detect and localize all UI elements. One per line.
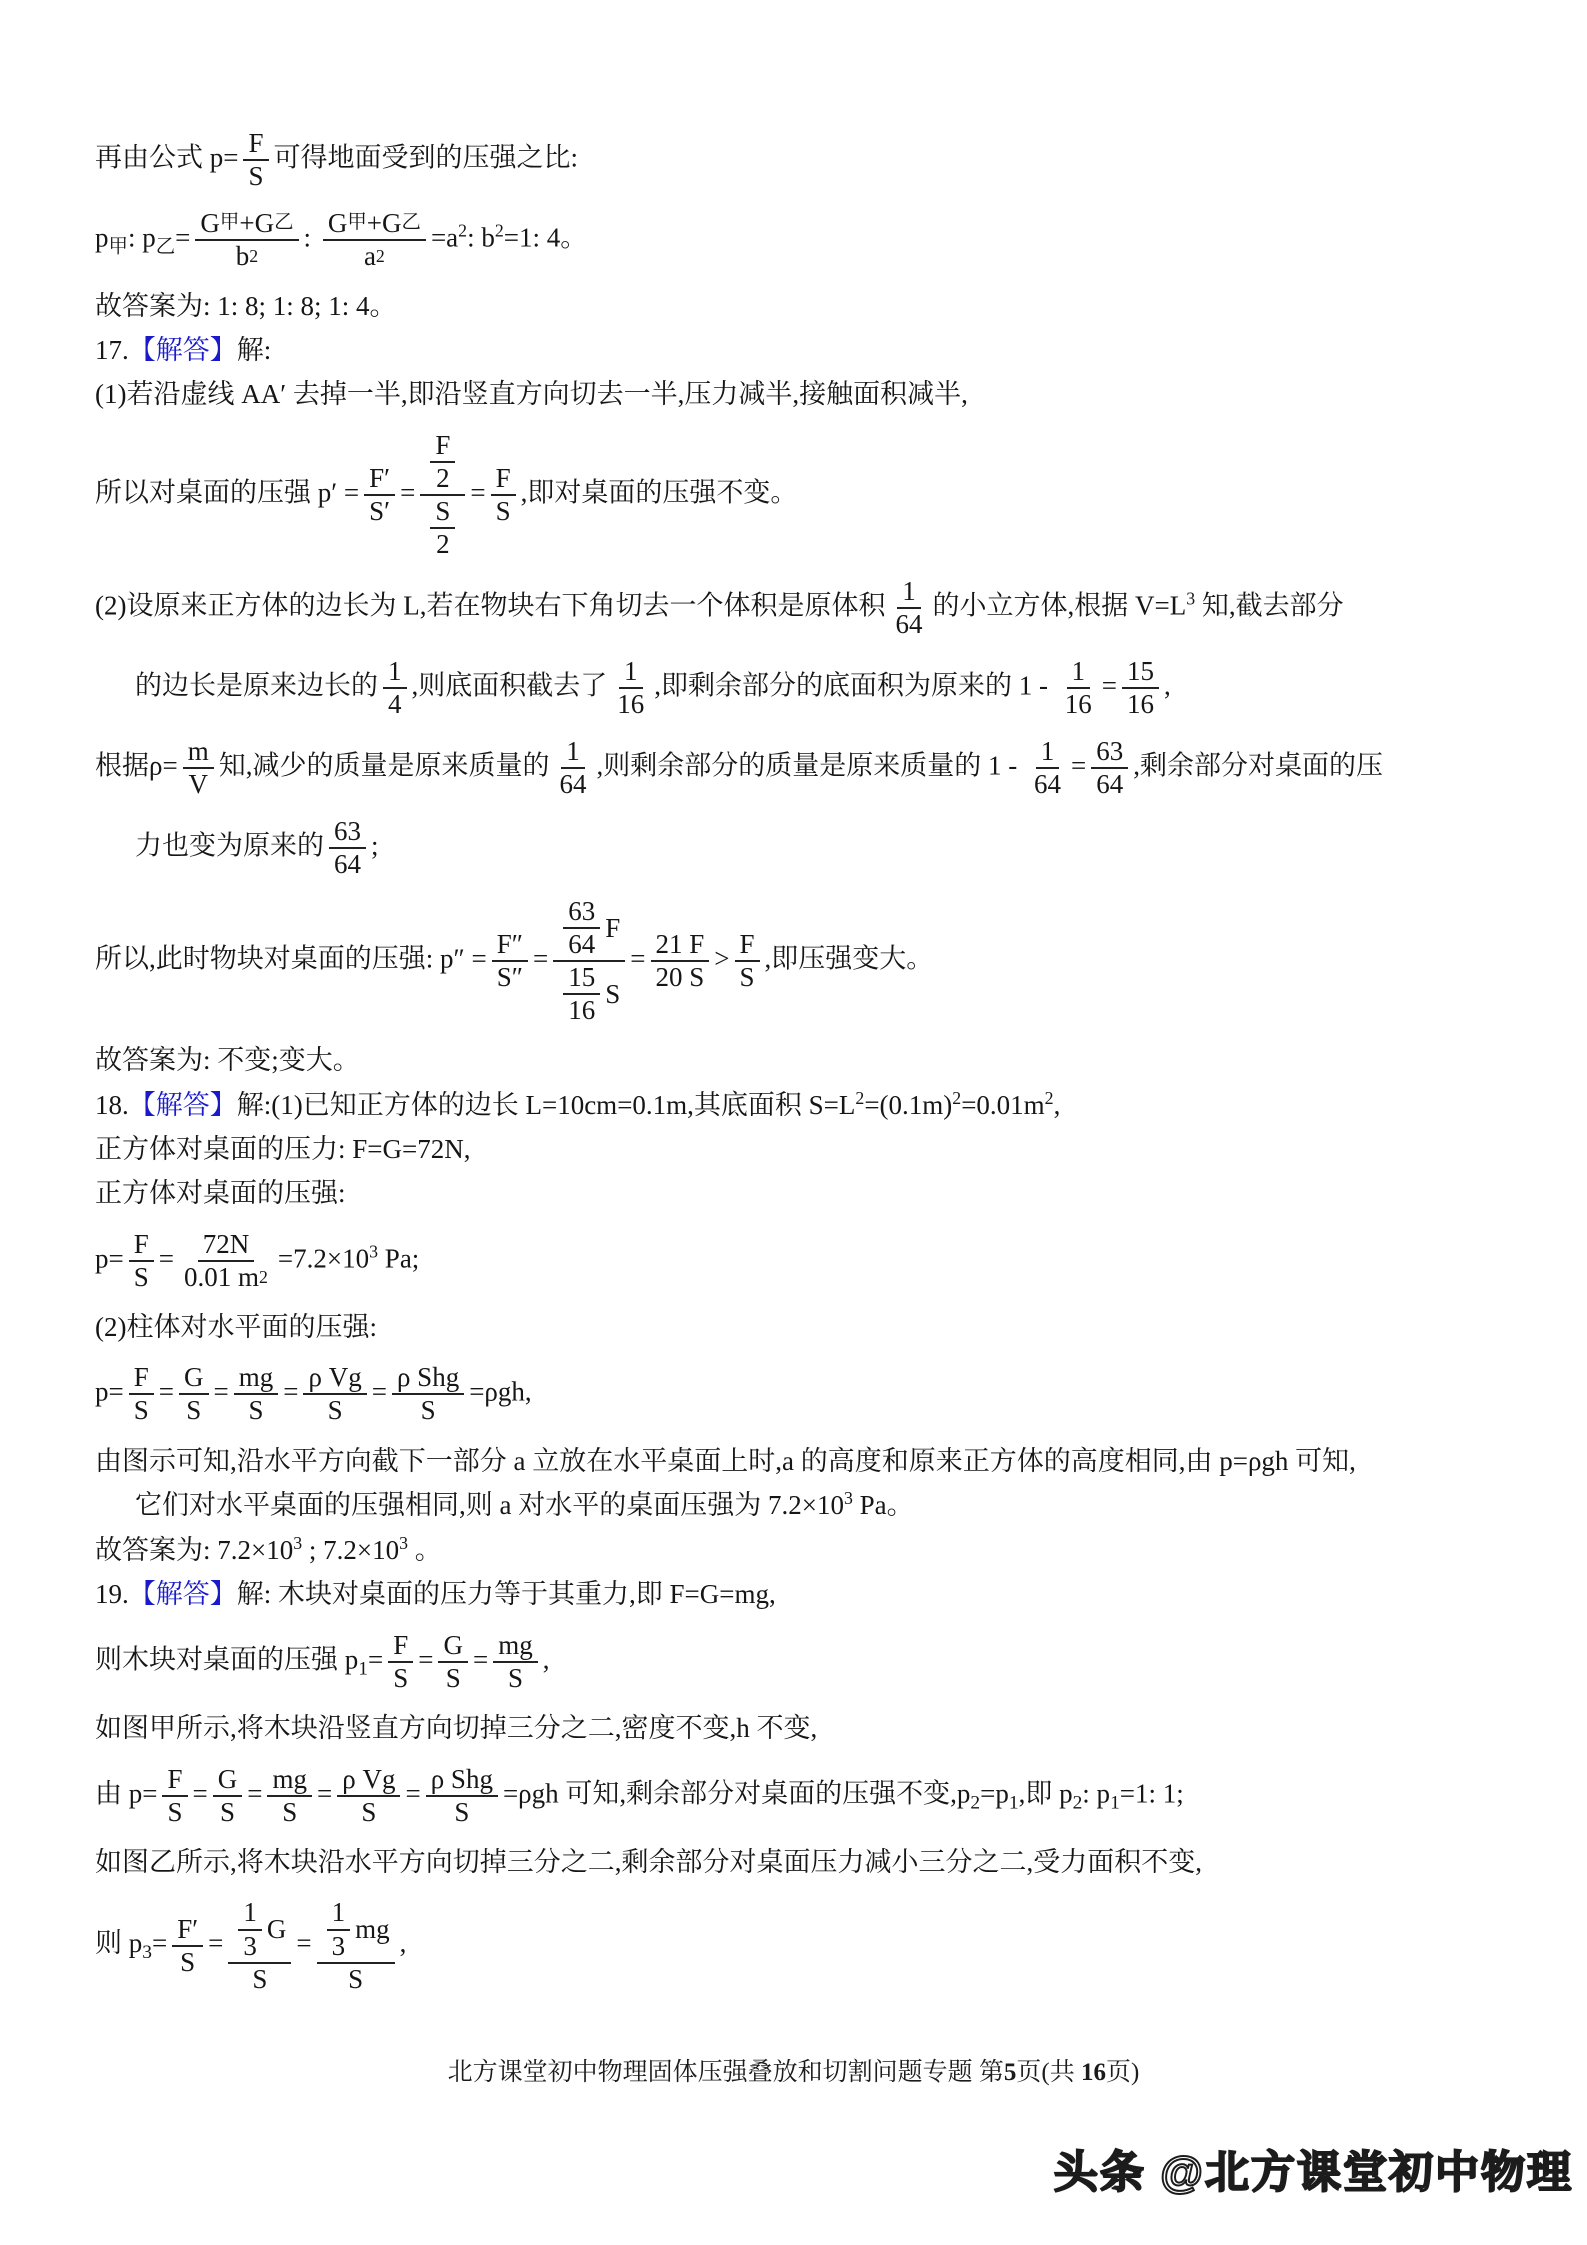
- text-run: +G: [239, 208, 274, 239]
- superscript: 2: [249, 246, 258, 266]
- text-run: : b: [467, 222, 495, 252]
- text-run: 64: [568, 929, 595, 960]
- text-run: 1: [1041, 736, 1055, 767]
- text-run: 的边长是原来边长的: [135, 670, 378, 700]
- text-run: >: [714, 943, 729, 973]
- text-run: 16: [1127, 689, 1154, 720]
- fraction: ρ VgS: [303, 1362, 366, 1426]
- fraction-numerator: F′: [172, 1914, 203, 1947]
- text-run: 的小立方体,根据 V=L: [932, 590, 1186, 620]
- text-run: +G: [367, 208, 402, 239]
- fraction-numerator: G: [438, 1630, 468, 1663]
- watermark-toutiao: 头条 @北方课堂初中物理: [1054, 2136, 1573, 2200]
- fraction: FS: [129, 1362, 154, 1426]
- line-19-p3-equation: 则 p3=F′S=13GS=13mgS,: [95, 1897, 1507, 1994]
- text-run: mg: [355, 1914, 390, 1945]
- line-answer-16: 故答案为: 1: 8; 1: 8; 1: 4。: [95, 288, 1507, 326]
- line-17-part1: (1)若沿虚线 AA′ 去掉一半,即沿竖直方向切去一半,压力减半,接触面积减半,: [95, 376, 1507, 414]
- text-run: S: [167, 1797, 182, 1828]
- text-run: =: [159, 1243, 174, 1273]
- text-run: 力也变为原来的: [135, 830, 324, 860]
- fraction-numerator: ρ Vg: [303, 1362, 366, 1395]
- text-run: (1)若沿虚线 AA′ 去掉一半,即沿竖直方向切去一半,压力减半,接触面积减半,: [95, 379, 968, 409]
- text-run: =1: 1;: [1120, 1778, 1184, 1808]
- text-run: S: [605, 979, 620, 1010]
- fraction-numerator: F: [129, 1229, 154, 1262]
- text-run: S: [435, 496, 450, 527]
- text-run: G: [218, 1764, 238, 1795]
- fraction: GS: [438, 1630, 468, 1694]
- text-run: 16: [617, 689, 644, 720]
- line-19-cut-vertical: 如图甲所示,将木块沿竖直方向切掉三分之二,密度不变,h 不变,: [95, 1710, 1507, 1748]
- text-run: 北方课堂初中物理固体压强叠放和切割问题专题 第: [448, 2059, 1004, 2086]
- text-run: =0.01m: [961, 1090, 1044, 1120]
- text-run: 解:(1)已知正方体的边长 L=10cm=0.1m,其底面积 S=L: [237, 1090, 856, 1120]
- superscript: 2: [376, 246, 385, 266]
- text-run: F: [740, 929, 755, 960]
- fraction-numerator: 15: [563, 962, 600, 995]
- fraction-numerator: F: [243, 128, 268, 161]
- text-run: F: [134, 1362, 149, 1393]
- bold-text: 5: [1004, 2059, 1017, 2086]
- fraction-numerator: F′: [364, 463, 395, 496]
- superscript: 2: [952, 1088, 961, 1108]
- fraction-numerator: 1: [383, 656, 407, 689]
- fraction-numerator: ρ Vg: [337, 1764, 400, 1797]
- fraction-denominator: S: [215, 1797, 240, 1828]
- text-run: =: [473, 1644, 488, 1674]
- fraction: 13GS: [228, 1897, 291, 1994]
- text-run: =: [470, 477, 485, 507]
- subscript: 乙: [274, 212, 293, 234]
- text-run: S: [248, 1395, 263, 1426]
- text-run: 故答案为: 7.2×10: [95, 1535, 293, 1565]
- text-run: =: [372, 1377, 387, 1407]
- text-run: 解: 木块对桌面的压力等于其重力,即 F=G=mg,: [237, 1579, 776, 1609]
- fraction: 72N0.01 m2: [179, 1229, 273, 1293]
- fraction-denominator: S: [735, 962, 760, 993]
- text-run: =: [368, 1644, 383, 1674]
- text-run: 16: [568, 995, 595, 1026]
- fraction-numerator: S: [430, 496, 455, 529]
- text-run: 如图乙所示,将木块沿水平方向切掉三分之二,剩余部分对桌面压力减小三分之二,受力面…: [95, 1847, 1202, 1877]
- text-run: ,: [400, 1928, 407, 1958]
- fraction-numerator: G甲+G乙: [323, 208, 426, 241]
- fraction: mgS: [267, 1764, 312, 1828]
- line-item-19: 19.【解答】解: 木块对桌面的压力等于其重力,即 F=G=mg,: [95, 1576, 1507, 1614]
- line-answer-18: 故答案为: 7.2×103 ; 7.2×103 。: [95, 1531, 1507, 1570]
- fraction-denominator: S: [323, 1395, 348, 1426]
- fraction-numerator: ρ Shg: [392, 1362, 464, 1395]
- text-run: 16: [1065, 689, 1092, 720]
- text-run: S: [134, 1395, 149, 1426]
- text-run: G: [200, 208, 220, 239]
- text-run: =p: [980, 1778, 1009, 1808]
- text-run: 3: [243, 1931, 257, 1962]
- text-run: mg: [272, 1764, 307, 1795]
- fraction-denominator: S: [491, 496, 516, 527]
- fraction-numerator: 63: [1091, 736, 1128, 769]
- fraction: S2: [430, 496, 455, 560]
- line-pressure-ratio-equation: p甲: p乙=G甲+G乙b2: G甲+G乙a2=a2: b2=1: 4。: [95, 208, 1507, 272]
- text-run: S: [508, 1663, 523, 1694]
- line-item-18: 18.【解答】解:(1)已知正方体的边长 L=10cm=0.1m,其底面积 S=…: [95, 1086, 1507, 1125]
- subscript: 甲: [347, 212, 366, 234]
- subscript: 乙: [402, 212, 421, 234]
- text-run: 64: [895, 609, 922, 640]
- fraction-denominator: S: [416, 1395, 441, 1426]
- answer-tag: 【解答】: [129, 335, 237, 365]
- text-run: 15: [1127, 656, 1154, 687]
- text-run: 17.: [95, 335, 129, 365]
- superscript: 3: [399, 1533, 408, 1553]
- fraction-denominator: S: [181, 1395, 206, 1426]
- text-run: 0.01 m: [184, 1262, 259, 1293]
- text-run: 页): [1106, 2059, 1139, 2086]
- line-17-part2-d: 力也变为原来的6364;: [95, 816, 1507, 880]
- text-run: S: [328, 1395, 343, 1426]
- fraction-denominator: 1516S: [553, 962, 625, 1026]
- fraction-denominator: S: [441, 1663, 466, 1694]
- text-run: ρ Shg: [397, 1362, 459, 1393]
- fraction: FS: [243, 128, 268, 192]
- text-run: S″: [497, 962, 523, 993]
- subscript: 2: [1073, 1792, 1083, 1813]
- text-run: 64: [334, 849, 361, 880]
- text-run: 19.: [95, 1579, 129, 1609]
- fraction-numerator: 1: [897, 576, 921, 609]
- line-17-part2-a: (2)设原来正方体的边长为 L,若在物块右下角切去一个体积是原体积164的小立方…: [95, 576, 1507, 640]
- text-run: S: [282, 1797, 297, 1828]
- text-run: S: [186, 1395, 201, 1426]
- text-run: ,则剩余部分的质量是原来质量的 1 -: [596, 750, 1024, 780]
- fraction: 6364: [329, 816, 366, 880]
- text-run: =: [418, 1644, 433, 1674]
- fraction: G甲+G乙a2: [323, 208, 426, 272]
- superscript: 2: [855, 1088, 864, 1108]
- text-run: S: [252, 1964, 267, 1995]
- text-run: V: [188, 769, 208, 800]
- line-19-p1-equation: 则木块对桌面的压强 p1=FS=GS=mgS,: [95, 1630, 1507, 1694]
- text-run: Pa。: [853, 1490, 914, 1520]
- fraction: ρ ShgS: [426, 1764, 498, 1828]
- fraction-numerator: F2: [420, 430, 465, 496]
- fraction: ρ ShgS: [392, 1362, 464, 1426]
- line-18-explain-b: 它们对水平桌面的压强相同,则 a 对水平的桌面压强为 7.2×103 Pa。: [95, 1486, 1507, 1525]
- text-run: 知,截去部分: [1195, 590, 1344, 620]
- fraction-denominator: 16: [563, 995, 600, 1026]
- fraction-denominator: V: [183, 769, 213, 800]
- line-17-part2-equation: 所以,此时物块对桌面的压强: p″ =F″S″=6364F1516S=21 F2…: [95, 896, 1507, 1026]
- subscript: 乙: [156, 237, 175, 258]
- text-run: F′: [369, 463, 390, 494]
- text-run: 页(共: [1016, 2059, 1081, 2086]
- fraction: 6364F1516S: [553, 896, 625, 1026]
- text-run: ,: [1054, 1090, 1061, 1120]
- fraction-denominator: 64: [563, 929, 600, 960]
- fraction-numerator: F: [388, 1630, 413, 1663]
- fraction-numerator: m: [183, 736, 214, 769]
- text-run: F: [134, 1229, 149, 1260]
- fraction-denominator: 16: [1060, 689, 1097, 720]
- text-run: 1: [624, 656, 638, 687]
- text-run: 解:: [237, 335, 272, 365]
- fraction-denominator: S: [129, 1262, 154, 1293]
- text-run: S: [220, 1797, 235, 1828]
- text-run: ,则底面积截去了: [412, 670, 608, 700]
- fraction: F′S: [172, 1914, 203, 1978]
- text-run: 。: [408, 1535, 442, 1565]
- fraction: 1516: [1122, 656, 1159, 720]
- text-run: =: [152, 1928, 167, 1958]
- text-run: ρ Vg: [342, 1764, 395, 1795]
- fraction-numerator: 1: [238, 1897, 262, 1930]
- subscript: 1: [1009, 1792, 1019, 1813]
- text-run: G: [184, 1362, 204, 1393]
- fraction: G甲+G乙b2: [195, 208, 298, 272]
- text-run: F: [167, 1764, 182, 1795]
- text-run: 可得地面受到的压强之比:: [274, 142, 579, 172]
- text-run: =ρgh 可知,剩余部分对桌面的压强不变,p: [503, 1778, 970, 1808]
- text-run: 63: [334, 816, 361, 847]
- superscript: 2: [458, 220, 467, 240]
- text-run: 2: [436, 463, 450, 494]
- text-run: =(0.1m): [864, 1090, 952, 1120]
- line-17-part2-c: 根据ρ=mV知,减少的质量是原来质量的164,则剩余部分的质量是原来质量的 1 …: [95, 736, 1507, 800]
- text-run: 由 p=: [95, 1778, 157, 1808]
- text-run: 63: [568, 896, 595, 927]
- text-run: ρ Vg: [308, 1362, 361, 1393]
- text-run: G: [328, 208, 348, 239]
- text-run: =: [214, 1377, 229, 1407]
- text-run: =1: 4。: [504, 222, 587, 252]
- text-run: 1: [388, 656, 402, 687]
- answer-tag: 【解答】: [129, 1090, 237, 1120]
- line-17-part1-equation: 所以对桌面的压强 p′ =F′S′=F2S2=FS,即对桌面的压强不变。: [95, 430, 1507, 560]
- text-run: ;: [371, 830, 379, 860]
- fraction-denominator: S2: [420, 496, 465, 560]
- text-run: =: [317, 1778, 332, 1808]
- text-run: 所以,此时物块对桌面的压强: p″ =: [95, 943, 487, 973]
- solution-document: 再由公式 p=FS可得地面受到的压强之比:p甲: p乙=G甲+G乙b2: G甲+…: [0, 0, 1587, 1995]
- text-run: 72N: [203, 1229, 250, 1260]
- subscript: 甲: [220, 212, 239, 234]
- superscript: 3: [1186, 588, 1195, 608]
- fraction-denominator: S: [343, 1964, 368, 1995]
- text-run: 则 p: [95, 1928, 142, 1958]
- fraction: FS: [491, 463, 516, 527]
- text-run: 64: [559, 769, 586, 800]
- fraction: 116: [612, 656, 649, 720]
- superscript: 2: [495, 220, 504, 240]
- text-run: b: [236, 241, 250, 272]
- subscript: 甲: [109, 237, 128, 258]
- text-run: G: [267, 1914, 287, 1945]
- fraction-denominator: a2: [359, 241, 390, 272]
- text-run: 根据ρ=: [95, 750, 178, 780]
- text-run: S: [134, 1262, 149, 1293]
- fraction-denominator: S: [449, 1797, 474, 1828]
- answer-tag: 【解答】: [129, 1579, 237, 1609]
- line-18-part2-equation: p=FS=GS=mgS=ρ VgS=ρ ShgS=ρgh,: [95, 1362, 1507, 1426]
- text-run: ,即 p: [1019, 1778, 1073, 1808]
- superscript: 3: [293, 1533, 302, 1553]
- fraction-denominator: S′: [364, 496, 395, 527]
- line-18-part2-label: (2)柱体对水平面的压强:: [95, 1309, 1507, 1347]
- fraction: mgS: [493, 1630, 538, 1694]
- fraction-denominator: S: [277, 1797, 302, 1828]
- text-run: F: [435, 430, 450, 461]
- text-run: 64: [1096, 769, 1123, 800]
- line-pressure-ratio-intro: 再由公式 p=FS可得地面受到的压强之比:: [95, 128, 1507, 192]
- text-run: 1: [243, 1897, 257, 1928]
- text-run: 故答案为: 1: 8; 1: 8; 1: 4。: [95, 291, 397, 321]
- text-run: S: [361, 1797, 376, 1828]
- text-run: S: [446, 1663, 461, 1694]
- text-run: 它们对水平桌面的压强相同,则 a 对水平的桌面压强为 7.2×10: [135, 1490, 844, 1520]
- text-run: :: [304, 222, 318, 252]
- text-run: F: [393, 1630, 408, 1661]
- text-run: =ρgh,: [469, 1377, 531, 1407]
- text-run: S: [393, 1663, 408, 1694]
- text-run: 4: [388, 689, 402, 720]
- fraction-denominator: 64: [554, 769, 591, 800]
- text-run: =: [1102, 670, 1117, 700]
- subscript: 1: [358, 1658, 368, 1679]
- fraction-numerator: 21 F: [651, 929, 710, 962]
- fraction-numerator: 63: [563, 896, 600, 929]
- fraction-denominator: 64: [329, 849, 366, 880]
- text-run: 1: [332, 1897, 346, 1928]
- subscript: 3: [142, 1943, 152, 1964]
- fraction-denominator: 64: [1091, 769, 1128, 800]
- text-run: 1: [566, 736, 580, 767]
- fraction-numerator: 6364F: [553, 896, 625, 962]
- fraction: 1516: [563, 962, 600, 1026]
- fraction-numerator: 1: [619, 656, 643, 689]
- text-run: F′: [177, 1914, 198, 1945]
- superscript: 2: [259, 1267, 268, 1287]
- fraction-numerator: G: [179, 1362, 209, 1395]
- text-run: : p: [128, 222, 156, 252]
- fraction-numerator: mg: [234, 1362, 279, 1395]
- fraction: 6364: [1091, 736, 1128, 800]
- fraction-denominator: S: [243, 161, 268, 192]
- text-run: 知,减少的质量是原来质量的: [219, 750, 550, 780]
- text-run: Pa;: [378, 1243, 419, 1273]
- text-run: S: [740, 962, 755, 993]
- text-run: 故答案为: 不变;变大。: [95, 1045, 360, 1075]
- fraction: F′S′: [364, 463, 395, 527]
- fraction-numerator: F″: [492, 929, 528, 962]
- superscript: 3: [369, 1241, 378, 1261]
- text-run: =: [193, 1778, 208, 1808]
- text-run: ,即对桌面的压强不变。: [521, 477, 798, 507]
- text-run: 20 S: [656, 962, 705, 993]
- fraction-denominator: 16: [612, 689, 649, 720]
- text-run: : p: [1082, 1778, 1110, 1808]
- fraction-denominator: 3: [327, 1931, 351, 1962]
- fraction-numerator: 1: [1067, 656, 1091, 689]
- text-run: p=: [95, 1243, 124, 1273]
- fraction-numerator: 1: [561, 736, 585, 769]
- superscript: 3: [844, 1488, 853, 1508]
- text-run: =: [405, 1778, 420, 1808]
- text-run: F: [496, 463, 511, 494]
- text-run: S: [180, 1947, 195, 1978]
- fraction-denominator: S: [388, 1663, 413, 1694]
- text-run: 2: [436, 529, 450, 560]
- fraction-denominator: S: [356, 1797, 381, 1828]
- fraction-numerator: 13G: [228, 1897, 291, 1963]
- text-run: ,: [543, 1644, 550, 1674]
- fraction-denominator: S: [243, 1395, 268, 1426]
- fraction: F2S2: [420, 430, 465, 560]
- text-run: 正方体对桌面的压力: F=G=72N,: [95, 1134, 470, 1164]
- text-run: 如图甲所示,将木块沿竖直方向切掉三分之二,密度不变,h 不变,: [95, 1713, 817, 1743]
- text-run: =: [283, 1377, 298, 1407]
- text-run: =: [247, 1778, 262, 1808]
- fraction-denominator: 2: [431, 529, 455, 560]
- text-run: mg: [239, 1362, 274, 1393]
- text-run: 所以对桌面的压强 p′ =: [95, 477, 359, 507]
- text-run: =: [175, 222, 190, 252]
- fraction-denominator: S: [129, 1395, 154, 1426]
- line-19-p2-equation: 由 p=FS=GS=mgS=ρ VgS=ρ ShgS=ρgh 可知,剩余部分对桌…: [95, 1764, 1507, 1828]
- text-run: S: [454, 1797, 469, 1828]
- fraction: 116: [1060, 656, 1097, 720]
- fraction-numerator: G甲+G乙: [195, 208, 298, 241]
- text-run: 由图示可知,沿水平方向截下一部分 a 立放在水平桌面上时,a 的高度和原来正方体…: [95, 1446, 1356, 1476]
- text-run: G: [443, 1630, 463, 1661]
- text-run: 1: [902, 576, 916, 607]
- text-run: 则木块对桌面的压强 p: [95, 1644, 358, 1674]
- line-18-explain-a: 由图示可知,沿水平方向截下一部分 a 立放在水平桌面上时,a 的高度和原来正方体…: [95, 1443, 1507, 1481]
- fraction-numerator: 72N: [198, 1229, 255, 1262]
- fraction-numerator: 63: [329, 816, 366, 849]
- fraction-denominator: 3: [238, 1931, 262, 1962]
- fraction: mgS: [234, 1362, 279, 1426]
- fraction: F″S″: [492, 929, 528, 993]
- fraction-denominator: 16: [1122, 689, 1159, 720]
- text-run: ,即剩余部分的底面积为原来的 1 -: [654, 670, 1055, 700]
- text-run: =7.2×10: [278, 1243, 369, 1273]
- line-18-pressure-equation: p=FS=72N0.01 m2=7.2×103 Pa;: [95, 1229, 1507, 1293]
- fraction: GS: [179, 1362, 209, 1426]
- text-run: S: [496, 496, 511, 527]
- text-run: S′: [369, 496, 390, 527]
- subscript: 2: [970, 1792, 980, 1813]
- text-run: ,即压强变大。: [765, 943, 934, 973]
- fraction-denominator: 2: [431, 463, 455, 494]
- text-run: 再由公式 p=: [95, 142, 238, 172]
- fraction: GS: [213, 1764, 243, 1828]
- text-run: =: [400, 477, 415, 507]
- text-run: 正方体对桌面的压强:: [95, 1178, 346, 1208]
- fraction-numerator: mg: [493, 1630, 538, 1663]
- text-run: 64: [1034, 769, 1061, 800]
- text-run: F″: [497, 929, 523, 960]
- text-run: 1: [1072, 656, 1086, 687]
- text-run: F: [605, 913, 620, 944]
- fraction-numerator: 1: [1036, 736, 1060, 769]
- fraction: 164: [554, 736, 591, 800]
- line-item-17: 17.【解答】解:: [95, 332, 1507, 370]
- text-run: 15: [568, 962, 595, 993]
- fraction-denominator: 64: [890, 609, 927, 640]
- fraction-denominator: b2: [231, 241, 263, 272]
- fraction-numerator: ρ Shg: [426, 1764, 498, 1797]
